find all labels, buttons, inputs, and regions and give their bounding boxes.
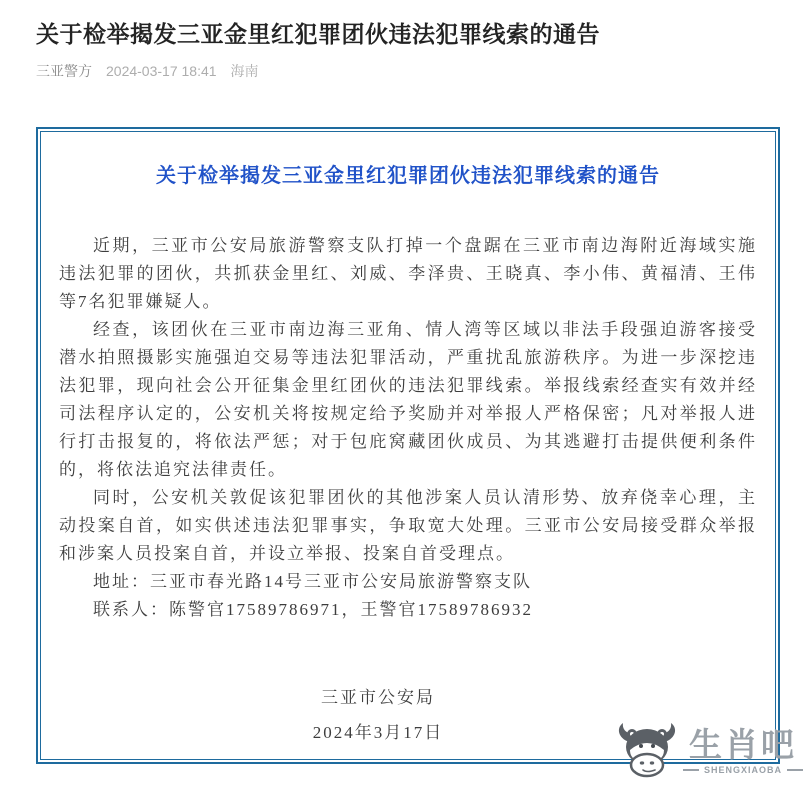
notice-body: 近期，三亚市公安局旅游警察支队打掉一个盘踞在三亚市南边海附近海域实施违法犯罪的团… — [59, 232, 757, 624]
notice-contact-line: 联系人：陈警官17589786971，王警官17589786932 — [59, 596, 757, 624]
meta-datetime: 2024-03-17 18:41 — [106, 63, 217, 79]
notice-box: 关于检举揭发三亚金里红犯罪团伙违法犯罪线索的通告 近期，三亚市公安局旅游警察支队… — [36, 127, 780, 764]
meta-author: 三亚警方 — [36, 63, 92, 79]
page-title: 关于检举揭发三亚金里红犯罪团伙违法犯罪线索的通告 — [36, 16, 776, 49]
watermark-dash-right — [787, 769, 803, 771]
meta-location: 海南 — [231, 63, 259, 79]
article-meta: 三亚警方2024-03-17 18:41海南 — [36, 61, 259, 81]
notice-inner-border: 关于检举揭发三亚金里红犯罪团伙违法犯罪线索的通告 近期，三亚市公安局旅游警察支队… — [40, 131, 776, 760]
watermark-dash-left — [683, 769, 699, 771]
notice-paragraph: 经查，该团伙在三亚市南边海三亚角、情人湾等区域以非法手段强迫游客接受潜水拍照摄影… — [59, 316, 757, 484]
notice-title: 关于检举揭发三亚金里红犯罪团伙违法犯罪线索的通告 — [59, 159, 757, 188]
notice-address-line: 地址：三亚市春光路14号三亚市公安局旅游警察支队 — [59, 568, 757, 596]
signature-org: 三亚市公安局 — [59, 684, 697, 712]
watermark-name: 生肖吧 — [689, 728, 797, 761]
watermark: 生肖吧 SHENGXIAOBA — [615, 720, 803, 782]
notice-paragraph: 同时，公安机关敦促该犯罪团伙的其他涉案人员认清形势、放弃侥幸心理，主动投案自首，… — [59, 484, 757, 568]
ox-mascot-icon — [615, 720, 679, 782]
signature-date: 2024年3月17日 — [59, 719, 697, 747]
watermark-subtitle: SHENGXIAOBA — [704, 765, 782, 775]
notice-paragraph: 近期，三亚市公安局旅游警察支队打掉一个盘踞在三亚市南边海附近海域实施违法犯罪的团… — [59, 232, 757, 316]
notice-signature: 三亚市公安局 2024年3月17日 — [59, 684, 697, 747]
